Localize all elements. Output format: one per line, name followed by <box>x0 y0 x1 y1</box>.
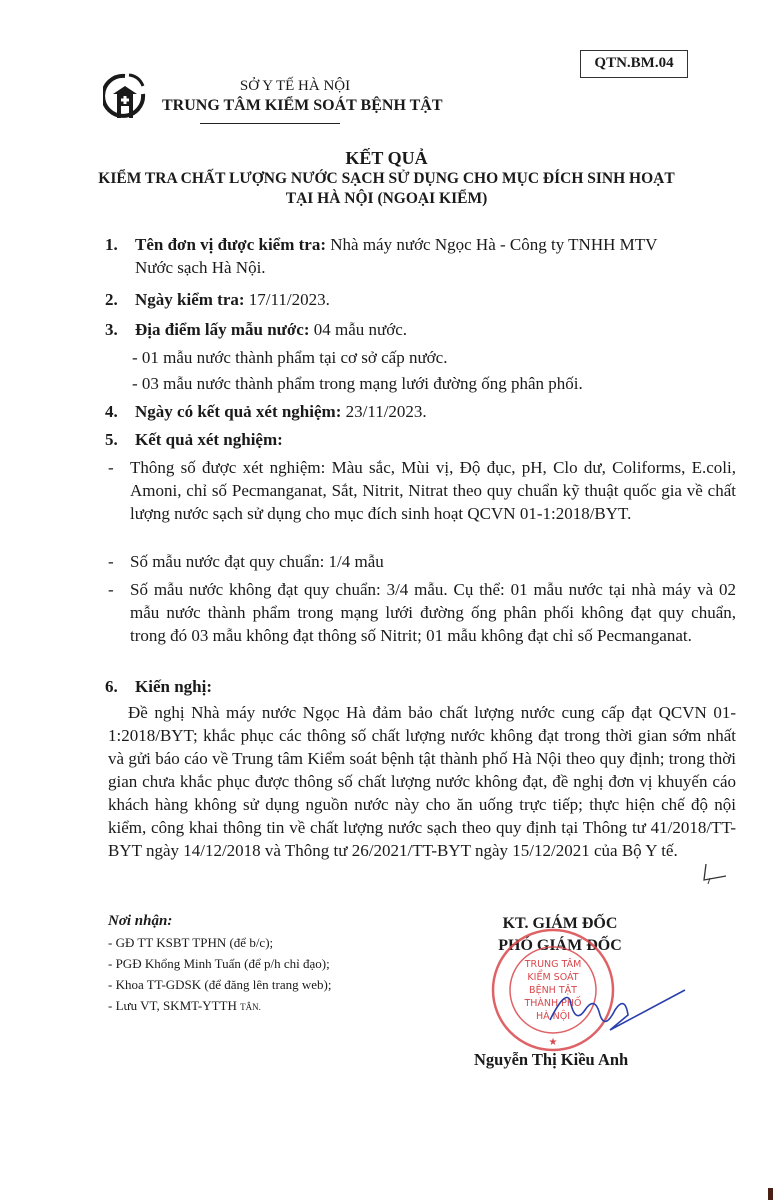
svg-text:TRUNG TÂM: TRUNG TÂM <box>524 958 582 970</box>
form-code: QTN.BM.04 <box>580 50 688 78</box>
item-label: Kiến nghị: <box>135 677 212 696</box>
item-recommendation: 6.Kiến nghị: <box>105 675 735 698</box>
item-label: Tên đơn vị được kiểm tra: <box>135 235 326 254</box>
organization-name: TRUNG TÂM KIỂM SOÁT BỆNH TẬT <box>162 97 443 115</box>
item-inspected-unit: 1.Tên đơn vị được kiểm tra: Nhà máy nước… <box>105 233 735 279</box>
item-value: 04 mẫu nước. <box>310 320 408 339</box>
result-bullet: -Thông số được xét nghiệm: Màu sắc, Mùi … <box>108 456 736 525</box>
item-value: 23/11/2023. <box>341 402 426 421</box>
item-value: Nhà máy nước Ngọc Hà - Công ty TNHH MTV <box>326 235 657 254</box>
result-bullet-text: Số mẫu nước không đạt quy chuẩn: 3/4 mẫu… <box>130 578 736 647</box>
item-number: 4. <box>105 400 135 423</box>
item-label: Kết quả xét nghiệm: <box>135 430 283 449</box>
sample-subitem: - 03 mẫu nước thành phẩm trong mạng lưới… <box>132 372 752 395</box>
result-bullet-text: Thông số được xét nghiệm: Màu sắc, Mùi v… <box>130 456 736 525</box>
item-label: Ngày có kết quả xét nghiệm: <box>135 402 341 421</box>
item-value-continued: Nước sạch Hà Nội. <box>105 256 735 279</box>
item-number: 6. <box>105 675 135 698</box>
recipient-item: - PGĐ Khổng Minh Tuấn (để p/h chỉ đạo); <box>108 956 330 972</box>
sample-subitem: - 01 mẫu nước thành phẩm tại cơ sở cấp n… <box>132 346 752 369</box>
hanoi-emblem-icon <box>103 72 147 122</box>
item-sampling-location: 3.Địa điểm lấy mẫu nước: 04 mẫu nước. <box>105 318 735 341</box>
item-label: Ngày kiểm tra: <box>135 290 245 309</box>
item-number: 2. <box>105 288 135 311</box>
recommendation-paragraph: Đề nghị Nhà máy nước Ngọc Hà đảm bảo chấ… <box>108 701 736 862</box>
result-bullet-text: Số mẫu nước đạt quy chuẩn: 1/4 mẫu <box>130 550 736 573</box>
result-bullet: -Số mẫu nước đạt quy chuẩn: 1/4 mẫu <box>108 550 736 573</box>
item-number: 3. <box>105 318 135 341</box>
recipients-title: Nơi nhận: <box>108 913 172 930</box>
item-value: 17/11/2023. <box>245 290 330 309</box>
signer-name: Nguyễn Thị Kiều Anh <box>474 1050 628 1070</box>
document-title: KẾT QUẢ <box>0 148 773 169</box>
recipient-item: - GĐ TT KSBT TPHN (để b/c); <box>108 935 273 951</box>
item-number: 5. <box>105 428 135 451</box>
document-subtitle: KIỂM TRA CHẤT LƯỢNG NƯỚC SẠCH SỬ DỤNG CH… <box>0 170 773 188</box>
handwritten-signature-icon <box>540 980 690 1040</box>
item-label: Địa điểm lấy mẫu nước: <box>135 320 310 339</box>
item-test-results: 5.Kết quả xét nghiệm: <box>105 428 735 451</box>
recipient-item: - Lưu VT, SKMT-YTTH TÂN. <box>108 998 261 1014</box>
initial-mark-icon <box>700 862 730 886</box>
recipient-item: - Khoa TT-GDSK (để đăng lên trang web); <box>108 977 331 993</box>
item-result-date: 4.Ngày có kết quả xét nghiệm: 23/11/2023… <box>105 400 735 423</box>
clerk-initials: TÂN. <box>240 1002 261 1012</box>
item-inspection-date: 2.Ngày kiểm tra: 17/11/2023. <box>105 288 735 311</box>
parent-organization: SỞ Y TẾ HÀ NỘI <box>190 78 400 95</box>
document-subtitle-2: TẠI HÀ NỘI (NGOẠI KIỂM) <box>0 190 773 208</box>
scan-edge-mark <box>768 1188 773 1200</box>
header-divider <box>200 123 340 124</box>
result-bullet: -Số mẫu nước không đạt quy chuẩn: 3/4 mẫ… <box>108 578 736 647</box>
item-number: 1. <box>105 233 135 256</box>
